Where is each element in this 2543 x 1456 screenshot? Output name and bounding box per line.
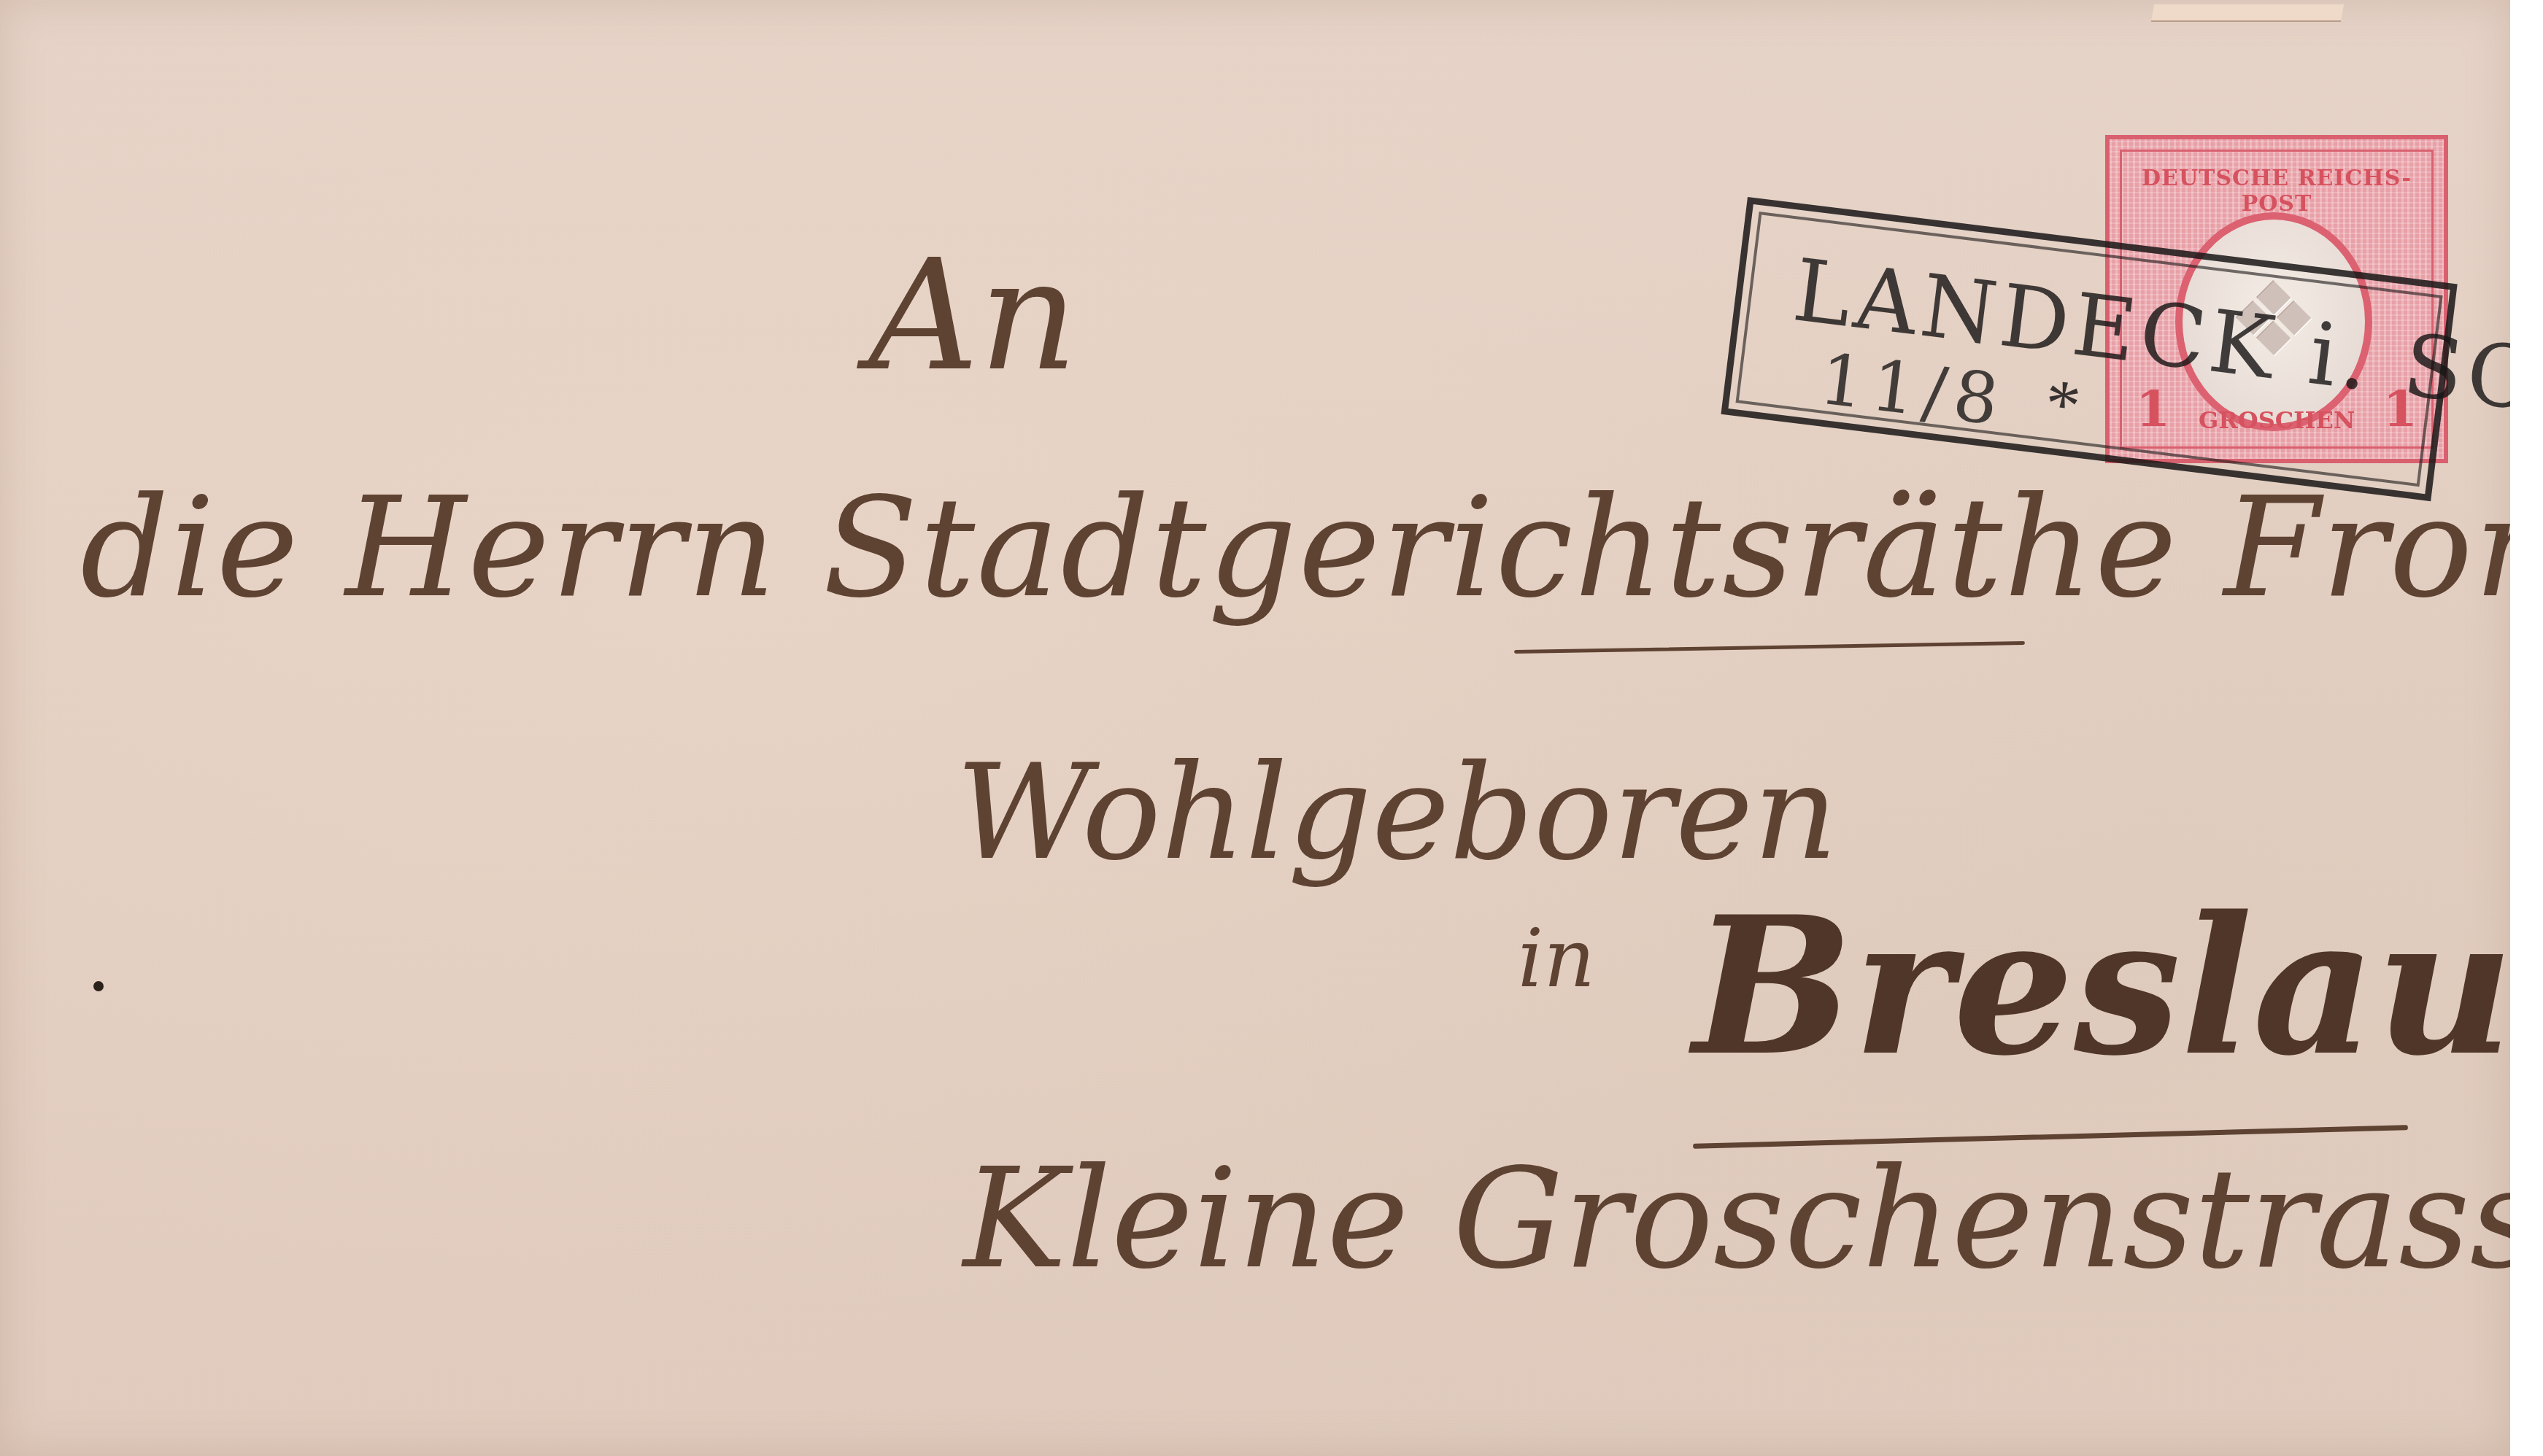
address-recipient: die Herrn Stadtgerichtsräthe Fromhold <box>80 467 2543 628</box>
torn-edge <box>2151 4 2344 22</box>
address-honorific: Wohlgeboren <box>956 737 1838 889</box>
address-salutation: An <box>868 226 1078 405</box>
address-street: Kleine Groschenstrasse No 7. <box>963 1138 2543 1299</box>
postmark-star-icon: * <box>2040 362 2085 446</box>
stamp-top-text: DEUTSCHE REICHS-POST <box>2110 166 2444 217</box>
ink-speck <box>93 981 104 991</box>
address-in: in <box>1518 912 1595 1005</box>
background-margin <box>2510 0 2543 1456</box>
envelope: DEUTSCHE REICHS-POST ❖ 1 GROSCHEN 1 LAND… <box>0 0 2510 1456</box>
address-city: Breslau <box>1693 875 2514 1098</box>
recipient-underline <box>1514 641 2025 654</box>
